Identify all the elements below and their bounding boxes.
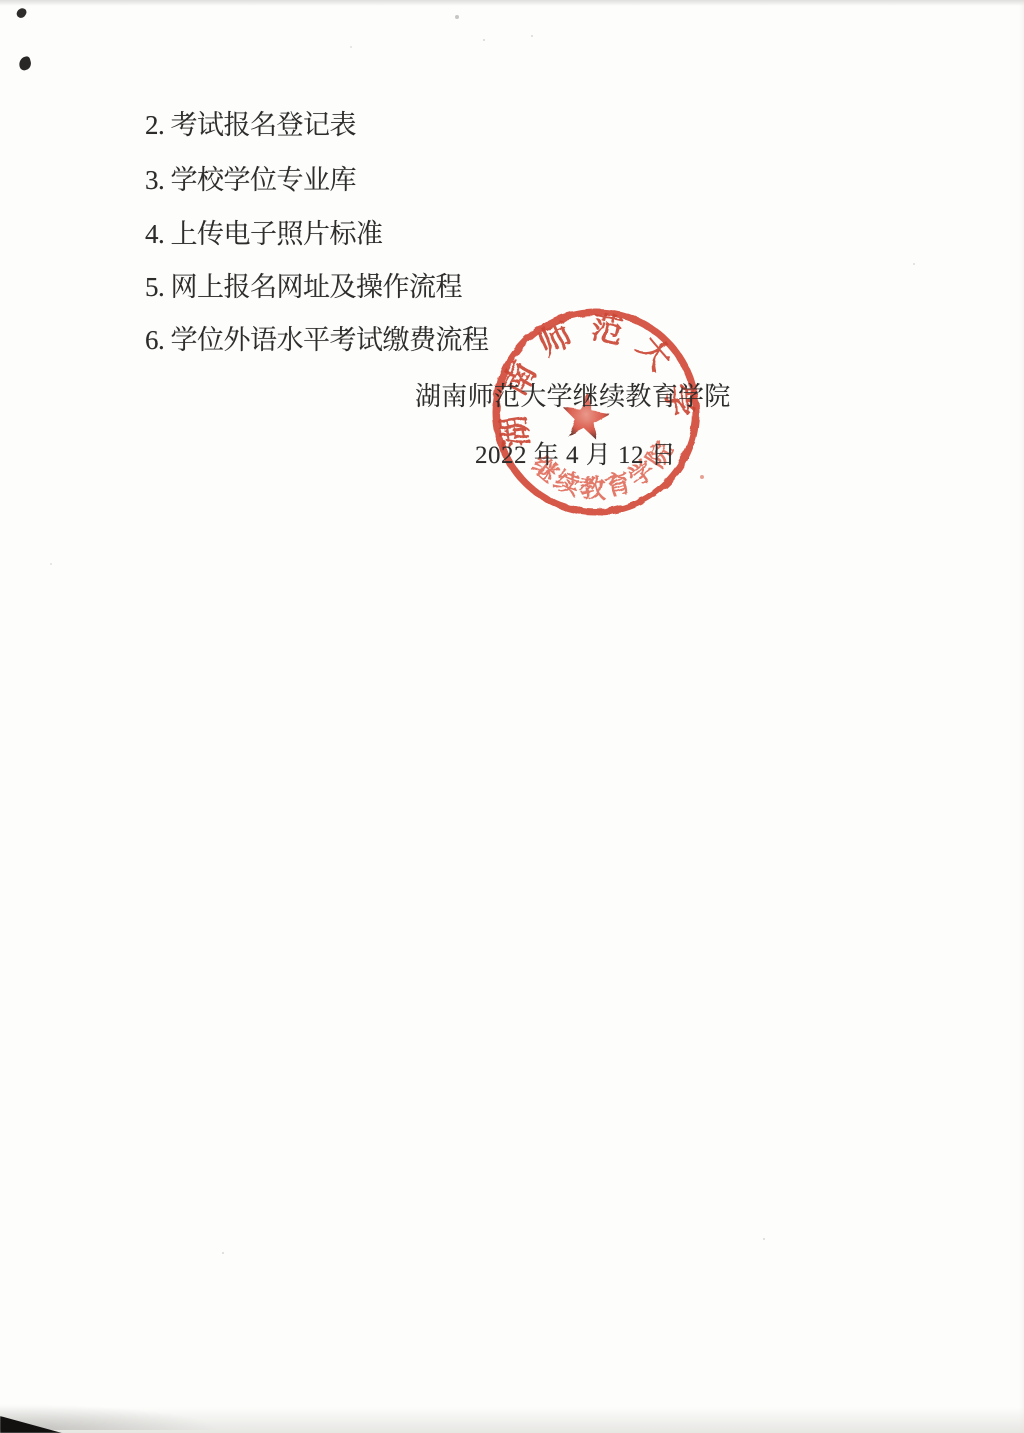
seal-top-arc-text: 湖南师范大学 — [493, 308, 698, 450]
scan-edge-shading-top — [0, 0, 1024, 6]
attachment-list-item-5: 5. 网上报名网址及操作流程 — [145, 271, 462, 303]
scan-specks — [0, 0, 2, 2]
attachment-list-item-2: 2. 考试报名登记表 — [145, 109, 356, 141]
issue-date: 2022 年 4 月 12 日 — [475, 441, 676, 471]
ink-blot — [15, 7, 27, 20]
ink-blot — [18, 56, 33, 72]
issuer-signature: 湖南师范大学继续教育学院 — [415, 381, 731, 412]
document-page: 湖南师范大学 继续教育学院 2. 考试报名登记表 3. 学校学位专业库 4. 上… — [0, 0, 1024, 1433]
attachment-list-item-4: 4. 上传电子照片标准 — [145, 218, 383, 250]
attachment-list-item-3: 3. 学校学位专业库 — [145, 164, 356, 196]
attachment-list-item-6: 6. 学位外语水平考试缴费流程 — [145, 324, 489, 356]
scan-edge-shading-right — [1019, 0, 1024, 1433]
